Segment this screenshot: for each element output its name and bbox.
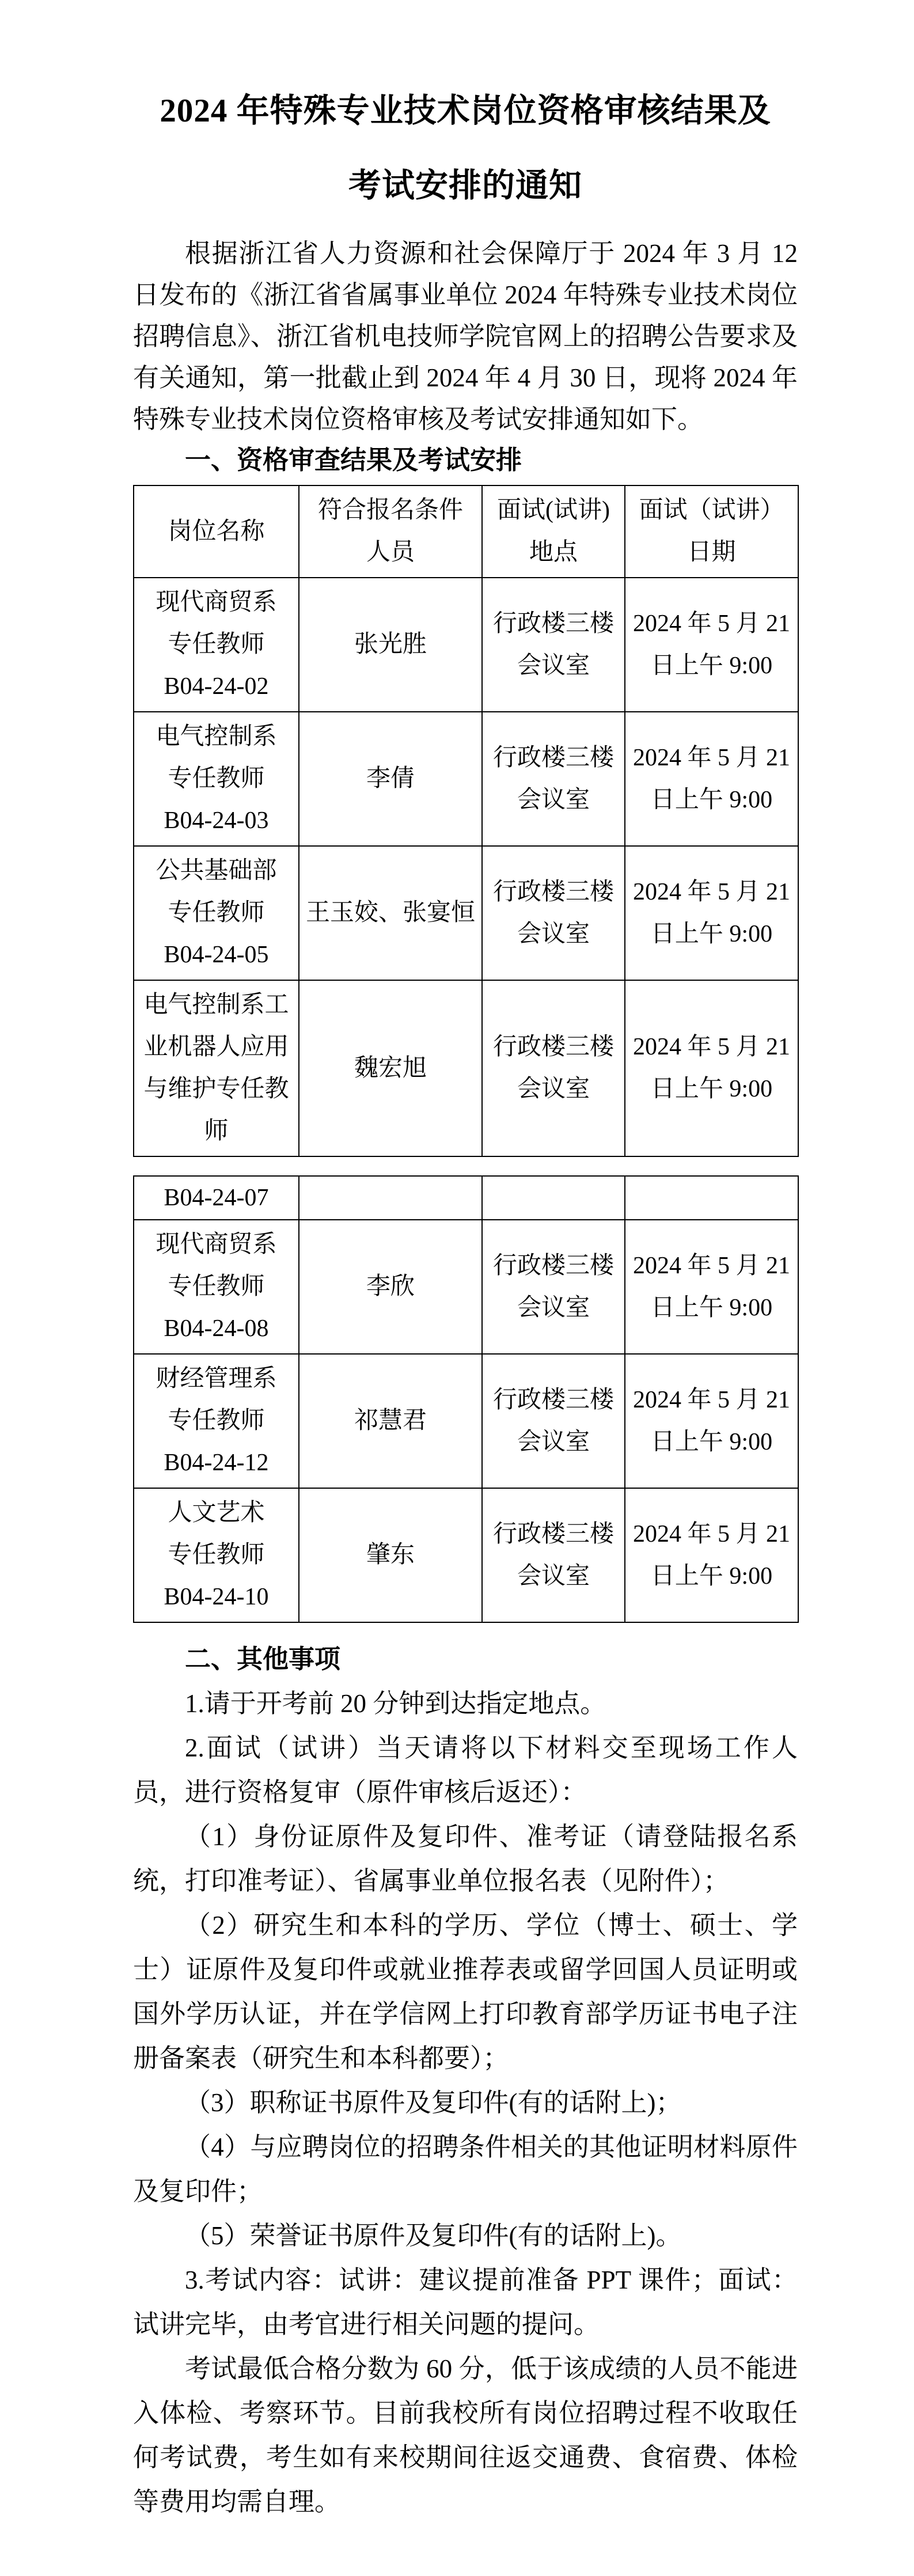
table-row: 电气控制系工 业机器人应用 与维护专任教 师 魏宏旭 行政楼三楼 会议室 202… — [134, 980, 798, 1156]
item-paragraph: （2）研究生和本科的学历、学位（博士、硕士、学士）证原件及复印件或就业推荐表或留… — [133, 1903, 798, 2081]
cell-post: 电气控制系工 业机器人应用 与维护专任教 师 — [134, 980, 299, 1156]
header-qualified-person: 符合报名条件 人员 — [299, 485, 482, 578]
item-paragraph: 2.面试（试讲）当天请将以下材料交至现场工作人员，进行资格复审（原件审核后返还）… — [133, 1726, 798, 1815]
cell-place — [482, 1176, 625, 1220]
table-row: 现代商贸系 专任教师 B04-24-02 张光胜 行政楼三楼 会议室 2024 … — [134, 578, 798, 712]
item-paragraph: （3）职称证书原件及复印件(有的话附上)； — [133, 2081, 798, 2125]
qualification-table-2: B04-24-07 现代商贸系 专任教师 B04-24-08 李欣 行政楼三楼 … — [133, 1175, 799, 1623]
cell-person: 魏宏旭 — [299, 980, 482, 1156]
table-row: 现代商贸系 专任教师 B04-24-08 李欣 行政楼三楼 会议室 2024 年… — [134, 1220, 798, 1354]
item-paragraph: 3.考试内容：试讲：建议提前准备 PPT 课件；面试：试讲完毕，由考官进行相关问… — [133, 2258, 798, 2347]
table1-header-row: 岗位名称 符合报名条件 人员 面试(试讲) 地点 面试（试讲） 日期 — [134, 485, 798, 578]
cell-person: 肇东 — [299, 1488, 482, 1622]
table-row: 电气控制系 专任教师 B04-24-03 李倩 行政楼三楼 会议室 2024 年… — [134, 712, 798, 846]
cell-post: B04-24-07 — [134, 1176, 299, 1220]
cell-person: 李欣 — [299, 1220, 482, 1354]
cell-person: 张光胜 — [299, 578, 482, 712]
item-paragraph: （4）与应聘岗位的招聘条件相关的其他证明材料原件及复印件； — [133, 2125, 798, 2214]
cell-date — [625, 1176, 798, 1220]
header-post-name: 岗位名称 — [134, 485, 299, 578]
notice-document: 2024 年特殊专业技术岗位资格审核结果及 考试安排的通知 根据浙江省人力资源和… — [0, 0, 914, 2576]
item-paragraph: （1）身份证原件及复印件、准考证（请登陆报名系统，打印准考证）、省属事业单位报名… — [133, 1815, 798, 1903]
cell-date: 2024 年 5 月 21 日上午 9:00 — [625, 1220, 798, 1354]
item-paragraph: 1.请于开考前 20 分钟到达指定地点。 — [133, 1682, 798, 1726]
cell-person: 李倩 — [299, 712, 482, 846]
table-row: 财经管理系 专任教师 B04-24-12 祁慧君 行政楼三楼 会议室 2024 … — [134, 1354, 798, 1488]
cell-person: 祁慧君 — [299, 1354, 482, 1488]
cell-post: 财经管理系 专任教师 B04-24-12 — [134, 1354, 299, 1488]
cell-date: 2024 年 5 月 21 日上午 9:00 — [625, 846, 798, 980]
other-items-section: 二、其他事项 1.请于开考前 20 分钟到达指定地点。 2.面试（试讲）当天请将… — [133, 1642, 799, 2524]
cell-post: 人文艺术 专任教师 B04-24-10 — [134, 1488, 299, 1622]
cell-date: 2024 年 5 月 21 日上午 9:00 — [625, 1354, 798, 1488]
cell-date: 2024 年 5 月 21 日上午 9:00 — [625, 980, 798, 1156]
cell-place: 行政楼三楼 会议室 — [482, 846, 625, 980]
cell-post: 现代商贸系 专任教师 B04-24-08 — [134, 1220, 299, 1354]
cell-place: 行政楼三楼 会议室 — [482, 1354, 625, 1488]
cell-date: 2024 年 5 月 21 日上午 9:00 — [625, 1488, 798, 1622]
cell-person: 王玉姣、张宴恒 — [299, 846, 482, 980]
table-row: 人文艺术 专任教师 B04-24-10 肇东 行政楼三楼 会议室 2024 年 … — [134, 1488, 798, 1622]
header-interview-date: 面试（试讲） 日期 — [625, 485, 798, 578]
table-row: 公共基础部 专任教师 B04-24-05 王玉姣、张宴恒 行政楼三楼 会议室 2… — [134, 846, 798, 980]
intro-paragraph: 根据浙江省人力资源和社会保障厅于 2024 年 3 月 12 日发布的《浙江省省… — [133, 233, 798, 440]
cell-place: 行政楼三楼 会议室 — [482, 578, 625, 712]
qualification-table-1: 岗位名称 符合报名条件 人员 面试(试讲) 地点 面试（试讲） 日期 现代商贸系… — [133, 485, 799, 1157]
page-title: 2024 年特殊专业技术岗位资格审核结果及 考试安排的通知 — [133, 74, 798, 223]
cell-person — [299, 1176, 482, 1220]
table-row: B04-24-07 — [134, 1176, 798, 1220]
section1-heading: 一、资格审查结果及考试安排 — [133, 443, 798, 477]
cell-post: 电气控制系 专任教师 B04-24-03 — [134, 712, 299, 846]
cell-place: 行政楼三楼 会议室 — [482, 980, 625, 1156]
cell-date: 2024 年 5 月 21 日上午 9:00 — [625, 712, 798, 846]
cell-post: 公共基础部 专任教师 B04-24-05 — [134, 846, 299, 980]
cell-place: 行政楼三楼 会议室 — [482, 1488, 625, 1622]
cell-date: 2024 年 5 月 21 日上午 9:00 — [625, 578, 798, 712]
cell-post: 现代商贸系 专任教师 B04-24-02 — [134, 578, 299, 712]
cell-place: 行政楼三楼 会议室 — [482, 712, 625, 846]
cell-place: 行政楼三楼 会议室 — [482, 1220, 625, 1354]
header-interview-place: 面试(试讲) 地点 — [482, 485, 625, 578]
item-paragraph: 考试最低合格分数为 60 分，低于该成绩的人员不能进入体检、考察环节。目前我校所… — [133, 2347, 798, 2524]
item-paragraph: （5）荣誉证书原件及复印件(有的话附上)。 — [133, 2214, 798, 2258]
section2-heading: 二、其他事项 — [133, 1642, 798, 1676]
